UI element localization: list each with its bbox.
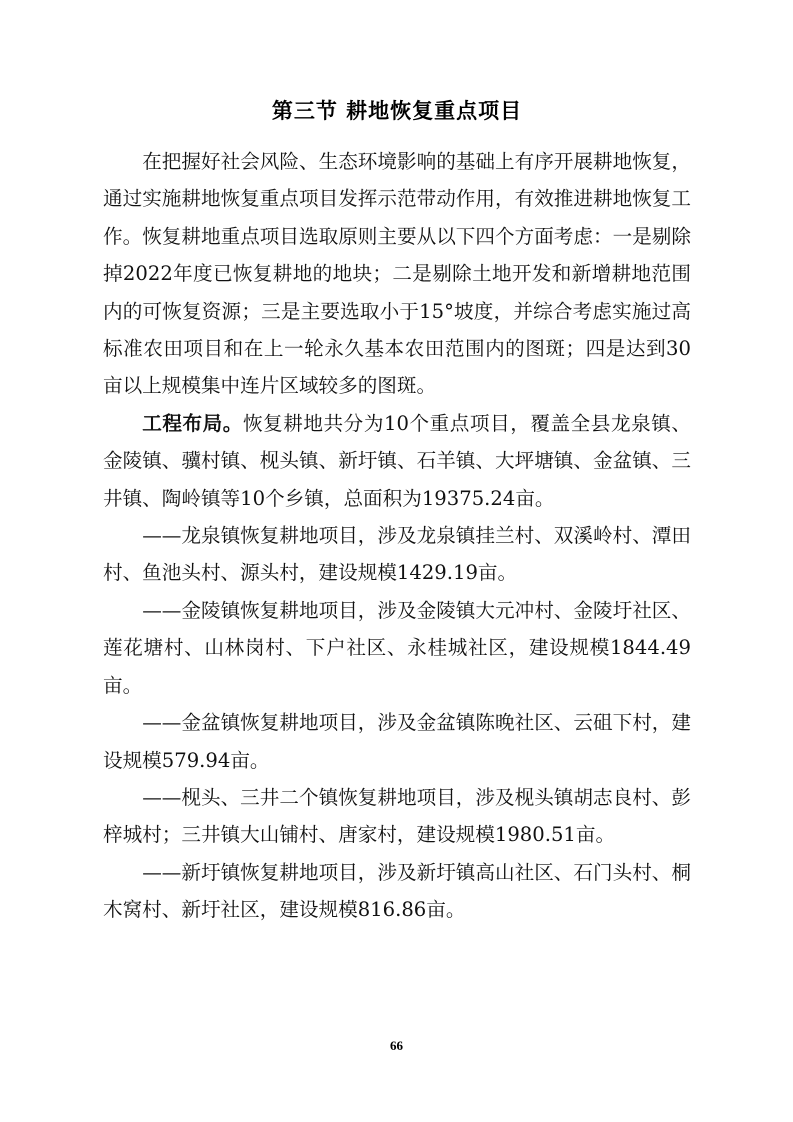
project-item-longquan: ——龙泉镇恢复耕地项目，涉及龙泉镇挂兰村、双溪岭村、潭田村、鱼池头村、源头村，建… (103, 517, 691, 592)
page-number: 66 (0, 1038, 793, 1054)
section-title: 第三节 耕地恢复重点项目 (103, 95, 691, 125)
project-item-xinxu: ——新圩镇恢复耕地项目，涉及新圩镇高山社区、石门头村、桐木窝村、新圩社区，建设规… (103, 854, 691, 929)
paragraph-lead-heading: 工程布局。 (142, 412, 243, 435)
paragraph-selection-principles: 在把握好社会风险、生态环境影响的基础上有序开展耕地恢复，通过实施耕地恢复重点项目… (103, 143, 691, 405)
paragraph-project-layout: 工程布局。恢复耕地共分为10个重点项目，覆盖全县龙泉镇、金陵镇、骥村镇、枧头镇、… (103, 405, 691, 517)
project-item-jinling: ——金陵镇恢复耕地项目，涉及金陵镇大元冲村、金陵圩社区、莲花塘村、山林岗村、下户… (103, 592, 691, 704)
project-item-jiantou-sanjing: ——枧头、三井二个镇恢复耕地项目，涉及枧头镇胡志良村、彭梓城村；三井镇大山铺村、… (103, 779, 691, 854)
project-item-jinpen: ——金盆镇恢复耕地项目，涉及金盆镇陈晚社区、云砠下村，建设规模579.94亩。 (103, 704, 691, 779)
document-body: 在把握好社会风险、生态环境影响的基础上有序开展耕地恢复，通过实施耕地恢复重点项目… (103, 143, 691, 929)
